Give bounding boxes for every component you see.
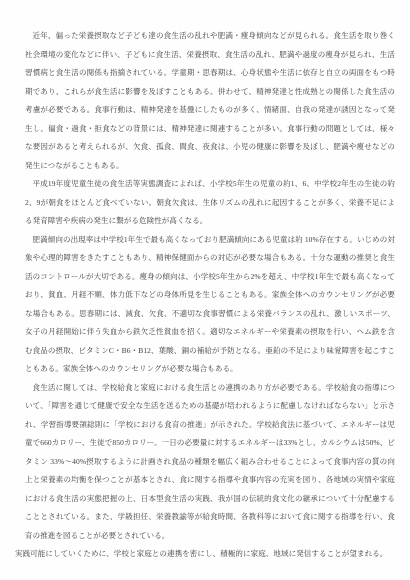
paragraph-obesity-thinness: 肥満傾向の出現率は中学校1年生で最も高くなっており肥満傾向にある児童は約 10%… [25, 231, 395, 379]
paragraph-intro: 近年、偏った栄養摂取など子ども達の食生活の乱れや肥満・痩身傾向などが見られる。食… [25, 27, 395, 175]
document-body: 近年、偏った栄養摂取など子ども達の食生活の乱れや肥満・痩身傾向などが見られる。食… [25, 27, 395, 564]
paragraph-survey: 平成19年度児童生徒の食生活等実態調査によれば、小学校5年生の児童の約1、6、中… [25, 175, 395, 231]
document-page: 近年、偏った栄養摂取など子ども達の食生活の乱れや肥満・痩身傾向などが見られる。食… [0, 0, 410, 580]
paragraph-school-lunch: 食生活に関しては、学校給食と家庭における食生活との連携のあり方が必要である。学校… [25, 379, 395, 546]
paragraph-conclusion: 実践可能にしていくために、学校と家庭との連携を密にし、積極的に家庭、地域に発信す… [15, 545, 395, 564]
